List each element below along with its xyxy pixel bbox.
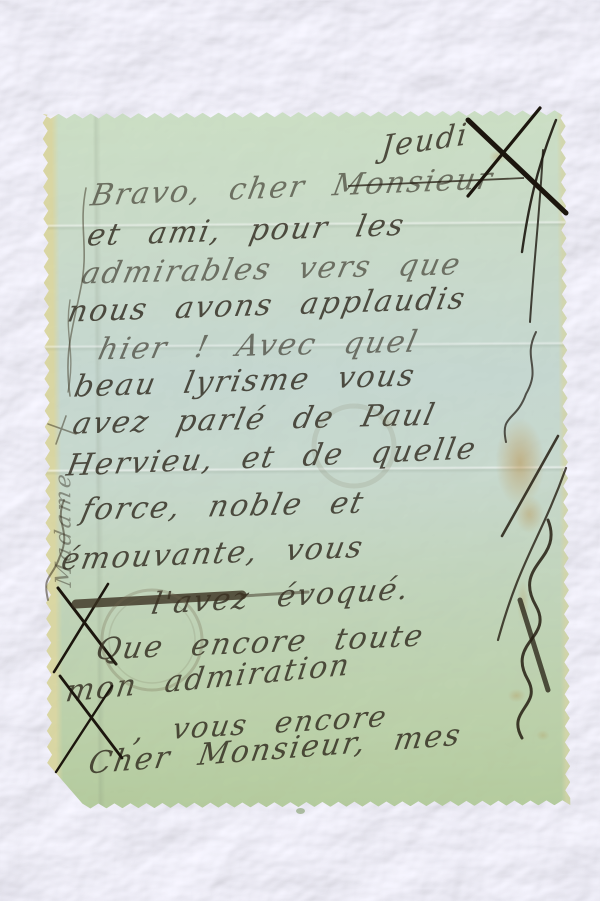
green-smudge-below-card (296, 808, 305, 814)
handwriting-dateline: Jeudi (380, 120, 470, 164)
vertical-marginalia-left: Madame (51, 469, 77, 589)
handwriting-line: force, noble et (78, 489, 367, 526)
handwriting-line: nous avons applaudis (65, 284, 469, 327)
handwriting-line: Bravo, cher Monsieur (88, 164, 496, 211)
handwriting-line: avez parlé de Paul (70, 401, 439, 440)
handwriting-line: émouvante, vous (59, 533, 367, 576)
handwriting-line: Hervieu, et de quelle (64, 434, 479, 481)
handwriting-line: l'avez évoqué. (149, 574, 413, 620)
photo-of-letter: { "photo": { "background_name": "crumple… (0, 0, 600, 901)
letter-card: Jeudi Bravo, cher Monsieur et ami, pour … (43, 110, 571, 809)
handwriting-line: et ami, pour les (85, 211, 408, 252)
handwriting-line: beau lyrisme vous (72, 361, 419, 403)
